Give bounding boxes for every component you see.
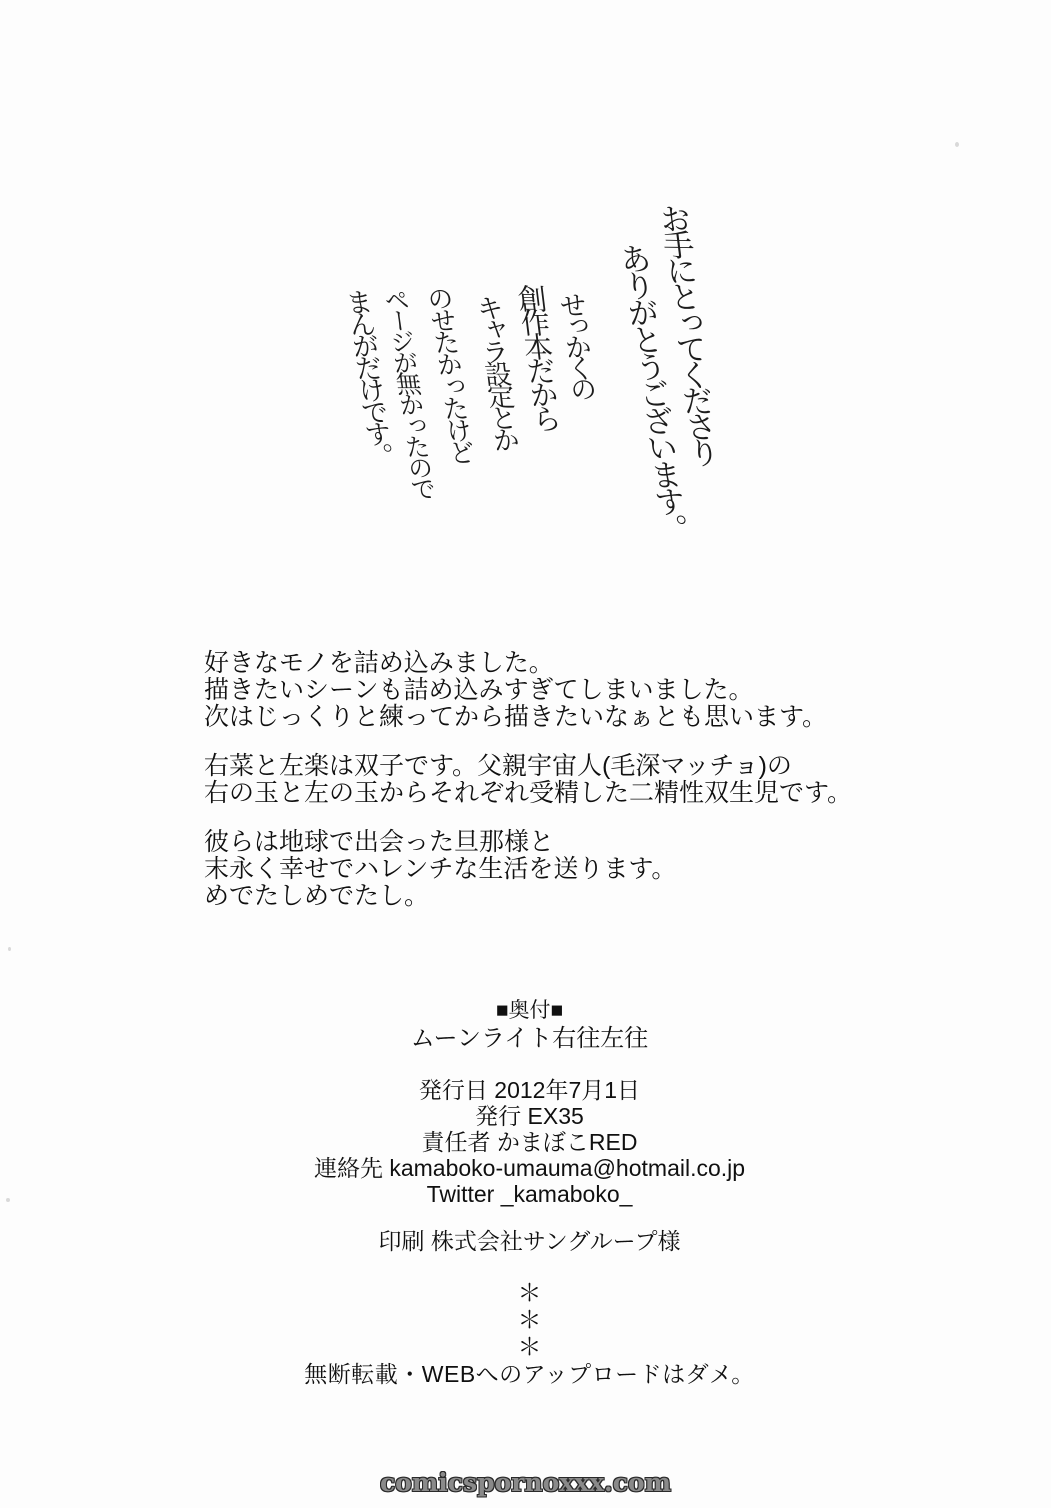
comment-line: 描きたいシーンも詰め込みすぎてしまいました。 xyxy=(204,677,904,704)
comment-line: 末永く幸せでハレンチな生活を送ります。 xyxy=(204,856,904,883)
asterisk: ＊ xyxy=(8,1280,1051,1307)
publisher-line: 発行 EX35 xyxy=(8,1103,1051,1129)
publish-date-line: 発行日 2012年7月1日 xyxy=(8,1077,1051,1103)
comment-paragraph: 好きなモノを詰め込みました。 描きたいシーンも詰め込みすぎてしまいました。 次は… xyxy=(204,650,904,731)
contact-email-line: 連絡先 kamaboko-umauma@hotmail.co.jp xyxy=(8,1155,1051,1181)
asterisk-divider: ＊ ＊ ＊ xyxy=(8,1280,1051,1361)
site-watermark: comicspornoxxx.com xyxy=(380,1468,671,1497)
comment-line: 右の玉と左の玉からそれぞれ受精した二精性双生児です。 xyxy=(204,780,904,807)
author-comments: 好きなモノを詰め込みました。 描きたいシーンも詰め込みすぎてしまいました。 次は… xyxy=(204,650,904,910)
comment-line: 次はじっくりと練ってから描きたいなぁとも思います。 xyxy=(204,704,904,731)
scan-speck xyxy=(6,1198,10,1202)
comment-line: めでたしめでたし。 xyxy=(204,883,904,910)
asterisk: ＊ xyxy=(8,1334,1051,1361)
printer-line: 印刷 株式会社サングループ様 xyxy=(8,1228,1051,1254)
no-reupload-notice: 無断転載・WEBへのアップロードはダメ。 xyxy=(8,1361,1051,1387)
comment-line: 彼らは地球で出会った旦那様と xyxy=(204,829,904,856)
colophon: ■奥付■ ムーンライト右往左往 発行日 2012年7月1日 発行 EX35 責任… xyxy=(0,998,1051,1387)
scan-speck xyxy=(955,142,959,147)
book-title: ムーンライト右往左往 xyxy=(8,1026,1051,1052)
colophon-heading: ■奥付■ xyxy=(8,998,1051,1024)
scan-speck xyxy=(8,947,11,951)
scanned-afterword-page: お手にとってくださり ありがとうございます。 せっかくの 創作本だから キャラ設… xyxy=(0,0,1051,1508)
comment-paragraph: 右菜と左楽は双子です。父親宇宙人(毛深マッチョ)の 右の玉と左の玉からそれぞれ受… xyxy=(204,753,904,807)
twitter-line: Twitter _kamaboko_ xyxy=(8,1181,1051,1207)
comment-line: 右菜と左楽は双子です。父親宇宙人(毛深マッチョ)の xyxy=(204,753,904,780)
comment-line: 好きなモノを詰め込みました。 xyxy=(204,650,904,677)
asterisk: ＊ xyxy=(8,1307,1051,1334)
comment-paragraph: 彼らは地球で出会った旦那様と 末永く幸せでハレンチな生活を送ります。 めでたしめ… xyxy=(204,829,904,910)
responsible-person-line: 責任者 かまぼこRED xyxy=(8,1129,1051,1155)
